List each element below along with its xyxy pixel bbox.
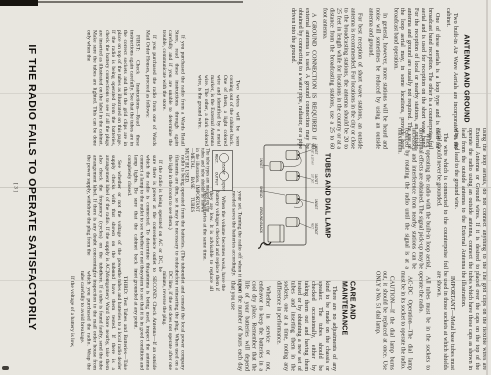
scan-speck — [2, 366, 9, 370]
trouble-paragraph: If you purchased the radio from a Wards … — [161, 30, 186, 146]
scan-edge-line — [38, 1, 243, 3]
care-section: There are no adjustments of any kind to … — [226, 281, 338, 371]
two-wires-paragraph: Two wires will be seen coming out of the… — [193, 75, 241, 146]
tube-label-1a7gt: 1A7GT — [314, 174, 318, 184]
tube-label-1h5gt: 1H5GT — [314, 144, 318, 154]
trouble-paragraph: THIRD: Test Tubes and Batteries—Take the… — [80, 271, 129, 370]
tubes-paragraph: CAUTION—If the dial lamp burns out, it s… — [375, 271, 396, 370]
tubes-paragraph: AC-DC Operation—The dial lamp must be in… — [400, 271, 414, 370]
tube-label-1n5gt-b: 1N5GT — [259, 158, 263, 168]
inset-label-rect: RECT. — [215, 154, 219, 163]
scan-edge-shadow — [486, 0, 488, 375]
tube-label-35z5gt: 35Z5GT — [314, 223, 318, 235]
care-heading-line1: CARE AND — [349, 281, 357, 335]
troubleshooting-column-1: If you purchased the radio from a Wards … — [82, 30, 186, 146]
troubleshooting-column-3: outlet and consult the local power compa… — [65, 271, 186, 370]
trouble-paragraph: SECOND: Check Antenna—If an outside ante… — [133, 271, 158, 370]
tubes-paragraph: All tubes must be in the sockets to oper… — [417, 271, 431, 370]
tubes-paragraph: The grid clips on the flexible wires are… — [460, 271, 488, 370]
care-paragraph: Whether in service or not, endeavor to k… — [230, 281, 272, 371]
trouble-paragraph: If you purchased the radio from one of W… — [145, 30, 157, 146]
hookup-paragraph: The wire which is connected to the count… — [435, 128, 449, 269]
hookup-paragraph: When operating the radio with the built-… — [397, 128, 432, 269]
trouble-paragraph: If the radio is being operated on AC or … — [127, 155, 164, 272]
tubes-caption-text: The tube types are marked on the tubes a… — [184, 148, 210, 212]
shield-label: SHIELD — [259, 186, 263, 198]
inset-label-output: OUTPUT — [215, 172, 219, 185]
hookup-paragraph: using the loop aerials, do not connect a… — [453, 128, 488, 269]
page-title: IF THE RADIO FAILS TO OPERATE SATISFACTO… — [26, 0, 38, 375]
antenna-paragraph: In general, however, more stations will … — [367, 8, 388, 149]
socket-layout-inset: RECT. 35Z5GT OUTPUT 3Q5GT — [212, 150, 233, 191]
tube-role-35z5gt: RECT. — [311, 223, 313, 230]
socket-inset-svg: RECT. 35Z5GT OUTPUT 3Q5GT — [212, 150, 233, 191]
trouble-paragraph: FIRST: Check Instructions—Read these ins… — [86, 30, 141, 146]
antenna-paragraph: For best reception of short wave station… — [322, 8, 364, 149]
chassis-illustration: 1H5GT 2ND DET. & 1ST A.F. 1A7GT 1ST DET.… — [258, 143, 319, 251]
ground-wire-label: GROUND-BLACK — [259, 207, 263, 234]
scan-edge-smudge — [0, 0, 38, 6]
trouble-paragraph: See whether or not the voltage of the po… — [86, 155, 123, 272]
trouble-paragraph: radio is being operated from the batteri… — [168, 155, 186, 272]
scanned-manual-page: ANTENNA AND GROUND Two built-in Air Wave… — [0, 0, 491, 375]
antenna-paragraph: Two wires will be seen coming out of the… — [197, 75, 241, 146]
care-heading-line2: MAINTENANCE — [341, 281, 349, 335]
antenna-paragraph: A GROUND CONNECTION IS REQUIRED if an ex… — [290, 8, 318, 149]
tubes-paragraph: IMPORTANT—Metal base tubes must be used … — [435, 271, 456, 370]
care-paragraph: your set. Turning the radio off when it … — [231, 191, 243, 291]
tubes-section: The grid clips on the flexible wires are… — [371, 271, 488, 370]
chassis-figure-svg: 1H5GT 2ND DET. & 1ST A.F. 1A7GT 1ST DET.… — [258, 143, 319, 251]
tubes-heading: TUBES AND DIAL LAMP — [324, 153, 332, 243]
care-heading: CARE AND MAINTENANCE — [341, 281, 357, 335]
trouble-paragraph: If the voltage of a battery is low, — [69, 271, 75, 370]
page-number: [ 3 ] — [13, 0, 19, 375]
tube-label-1n5gt-a: 1N5GT — [314, 199, 318, 209]
troubleshooting-column-2: radio is being operated from the batteri… — [82, 155, 186, 272]
rotated-page-sheet: ANTENNA AND GROUND Two built-in Air Wave… — [0, 0, 491, 375]
inset-label-3q5gt: 3Q5GT — [222, 181, 226, 191]
inset-label-35z5gt: 35Z5GT — [222, 163, 226, 175]
trouble-paragraph: outlet and consult the local power compa… — [161, 271, 186, 370]
hookup-section: using the loop aerials, do not connect a… — [393, 128, 488, 269]
care-paragraph: There are no adjustments of any kind to … — [275, 281, 338, 371]
